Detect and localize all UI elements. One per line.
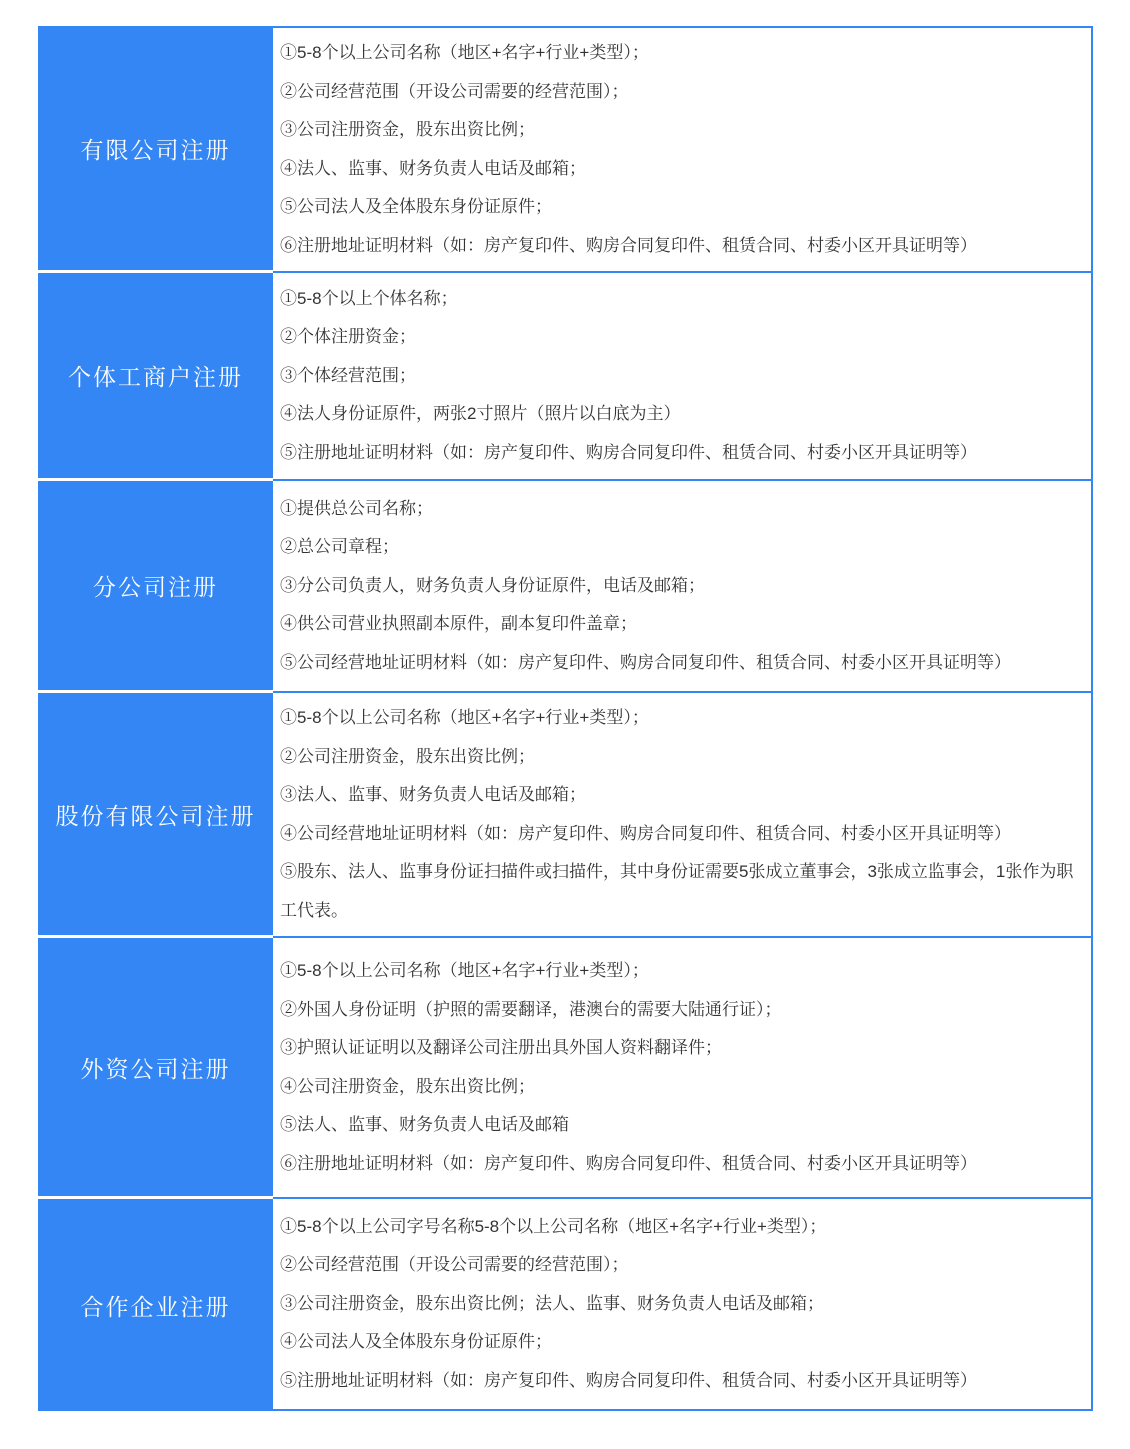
table-row: 合作企业注册①5-8个以上公司字号名称5-8个以上公司名称（地区+名字+行业+类… [38, 1199, 1093, 1411]
requirement-item: ③护照认证证明以及翻译公司注册出具外国人资料翻译件； [280, 1029, 1075, 1068]
requirement-item: ①5-8个以上公司字号名称5-8个以上公司名称（地区+名字+行业+类型）； [280, 1208, 1075, 1247]
row-label: 个体工商户注册 [38, 273, 273, 481]
requirement-item: ⑥注册地址证明材料（如：房产复印件、购房合同复印件、租赁合同、村委小区开具证明等… [280, 1145, 1075, 1184]
requirement-item: ②公司经营范围（开设公司需要的经营范围）； [280, 1246, 1075, 1285]
requirement-item: ⑤股东、法人、监事身份证扫描件或扫描件，其中身份证需要5张成立董事会，3张成立监… [280, 853, 1075, 930]
requirement-item: ①5-8个以上个体名称； [280, 280, 1075, 319]
requirement-item: ①5-8个以上公司名称（地区+名字+行业+类型）； [280, 699, 1075, 738]
requirement-item: ①提供总公司名称； [280, 490, 1075, 529]
requirement-item: ②公司经营范围（开设公司需要的经营范围）； [280, 73, 1075, 112]
requirement-item: ②总公司章程； [280, 528, 1075, 567]
requirement-item: ⑤注册地址证明材料（如：房产复印件、购房合同复印件、租赁合同、村委小区开具证明等… [280, 1362, 1075, 1401]
requirement-item: ③公司注册资金，股东出资比例； [280, 111, 1075, 150]
requirement-item: ④公司法人及全体股东身份证原件； [280, 1323, 1075, 1362]
requirement-item: ③公司注册资金，股东出资比例；法人、监事、财务负责人电话及邮箱； [280, 1285, 1075, 1324]
table-row: 分公司注册①提供总公司名称；②总公司章程；③分公司负责人，财务负责人身份证原件，… [38, 481, 1093, 693]
requirement-item: ⑤注册地址证明材料（如：房产复印件、购房合同复印件、租赁合同、村委小区开具证明等… [280, 434, 1075, 473]
requirement-item: ③分公司负责人，财务负责人身份证原件，电话及邮箱； [280, 567, 1075, 606]
requirement-item: ②公司注册资金，股东出资比例； [280, 738, 1075, 777]
requirement-item: ③个体经营范围； [280, 357, 1075, 396]
requirement-item: ④供公司营业执照副本原件，副本复印件盖章； [280, 605, 1075, 644]
row-requirements: ①5-8个以上公司名称（地区+名字+行业+类型）；②公司经营范围（开设公司需要的… [273, 26, 1093, 273]
requirement-item: ②个体注册资金； [280, 318, 1075, 357]
requirement-item: ④法人、监事、财务负责人电话及邮箱； [280, 150, 1075, 189]
row-label: 有限公司注册 [38, 26, 273, 273]
row-label: 合作企业注册 [38, 1199, 273, 1411]
table-row: 有限公司注册①5-8个以上公司名称（地区+名字+行业+类型）；②公司经营范围（开… [38, 26, 1093, 273]
row-requirements: ①5-8个以上公司名称（地区+名字+行业+类型）；②外国人身份证明（护照的需要翻… [273, 938, 1093, 1199]
requirement-item: ①5-8个以上公司名称（地区+名字+行业+类型）； [280, 34, 1075, 73]
row-requirements: ①5-8个以上公司名称（地区+名字+行业+类型）；②公司注册资金，股东出资比例；… [273, 693, 1093, 938]
requirement-item: ⑥注册地址证明材料（如：房产复印件、购房合同复印件、租赁合同、村委小区开具证明等… [280, 227, 1075, 266]
registration-table: 有限公司注册①5-8个以上公司名称（地区+名字+行业+类型）；②公司经营范围（开… [38, 26, 1093, 1411]
requirement-item: ⑤公司经营地址证明材料（如：房产复印件、购房合同复印件、租赁合同、村委小区开具证… [280, 644, 1075, 683]
table-row: 外资公司注册①5-8个以上公司名称（地区+名字+行业+类型）；②外国人身份证明（… [38, 938, 1093, 1199]
requirement-item: ③法人、监事、财务负责人电话及邮箱； [280, 776, 1075, 815]
row-label: 股份有限公司注册 [38, 693, 273, 938]
row-label: 分公司注册 [38, 481, 273, 693]
requirement-item: ④公司经营地址证明材料（如：房产复印件、购房合同复印件、租赁合同、村委小区开具证… [280, 815, 1075, 854]
requirement-item: ④法人身份证原件，两张2寸照片（照片以白底为主） [280, 395, 1075, 434]
requirement-item: ④公司注册资金，股东出资比例； [280, 1068, 1075, 1107]
row-label: 外资公司注册 [38, 938, 273, 1199]
row-requirements: ①5-8个以上个体名称；②个体注册资金；③个体经营范围；④法人身份证原件，两张2… [273, 273, 1093, 481]
requirement-item: ①5-8个以上公司名称（地区+名字+行业+类型）； [280, 952, 1075, 991]
requirement-item: ⑤法人、监事、财务负责人电话及邮箱 [280, 1106, 1075, 1145]
row-requirements: ①提供总公司名称；②总公司章程；③分公司负责人，财务负责人身份证原件，电话及邮箱… [273, 481, 1093, 693]
row-requirements: ①5-8个以上公司字号名称5-8个以上公司名称（地区+名字+行业+类型）；②公司… [273, 1199, 1093, 1411]
requirement-item: ②外国人身份证明（护照的需要翻译，港澳台的需要大陆通行证）； [280, 991, 1075, 1030]
table-row: 股份有限公司注册①5-8个以上公司名称（地区+名字+行业+类型）；②公司注册资金… [38, 693, 1093, 938]
table-row: 个体工商户注册①5-8个以上个体名称；②个体注册资金；③个体经营范围；④法人身份… [38, 273, 1093, 481]
requirement-item: ⑤公司法人及全体股东身份证原件； [280, 188, 1075, 227]
